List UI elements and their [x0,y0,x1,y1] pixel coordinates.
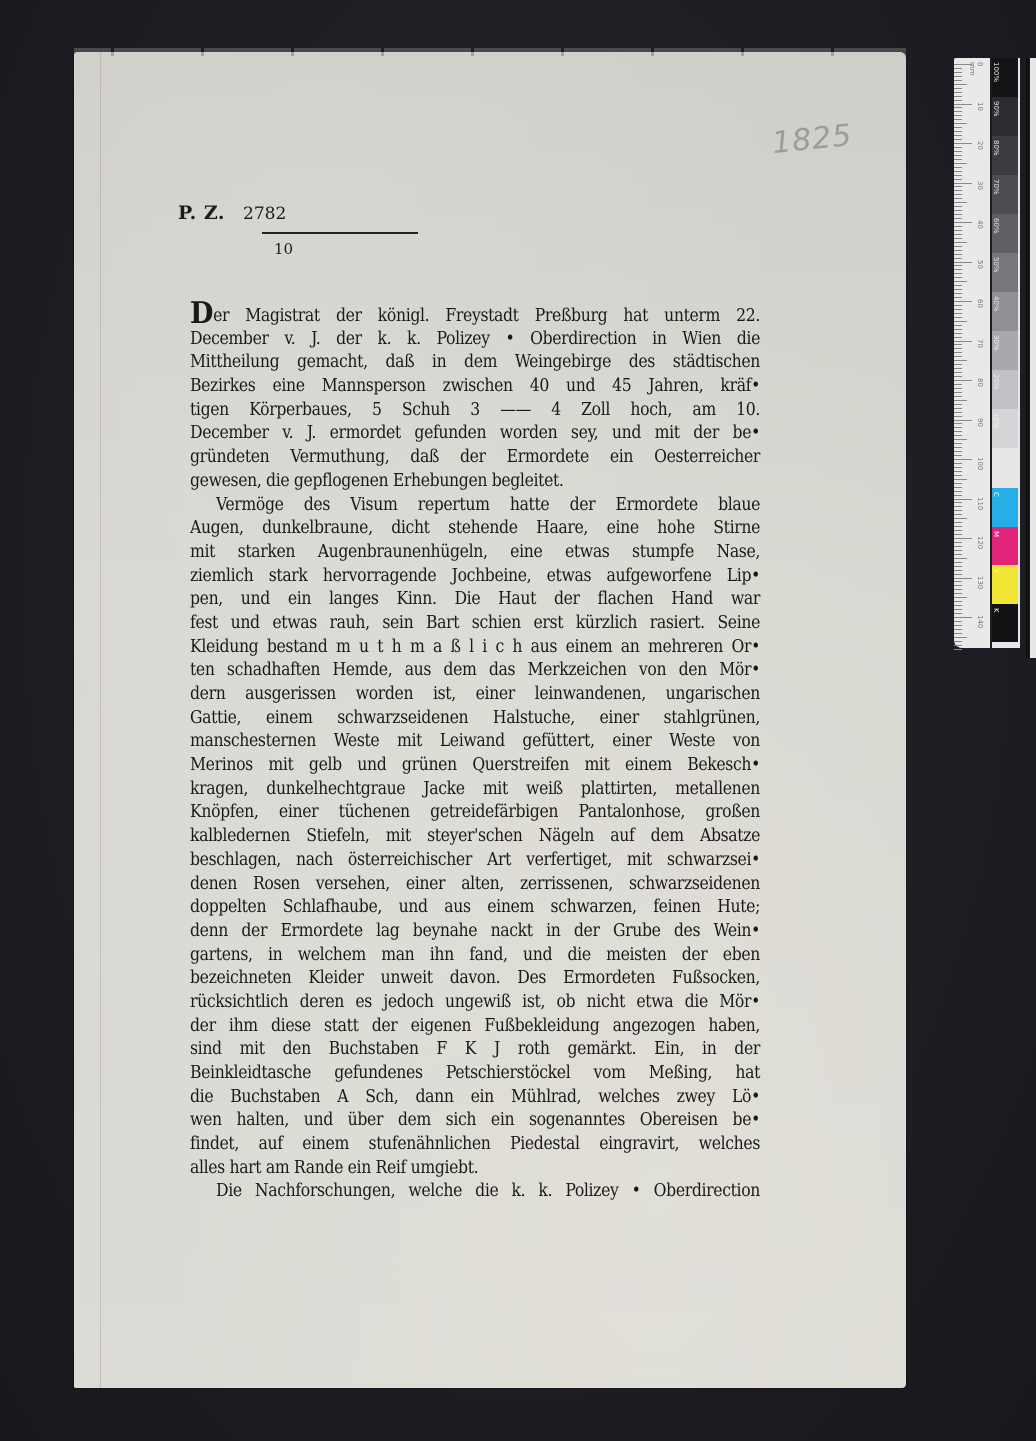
ruler-tick [954,585,962,586]
ruler-tick [954,574,962,575]
text-line-content: Mittheilung gemacht, daß in dem Weingebi… [190,352,760,372]
ruler-tick [954,100,962,101]
text-line: doppelten Schlafhaube, und aus einem sch… [190,896,760,920]
ruler-tick [954,633,962,634]
ruler-tick [954,518,967,519]
ruler-tick [954,155,962,156]
ruler-tick [954,234,962,235]
text-line: Gattie, einem schwarzseidenen Halstuche,… [190,707,760,731]
ruler-tick [954,625,962,626]
ruler-tick [954,218,962,219]
ruler-tick [954,317,962,318]
ruler-tick [954,242,967,243]
gray-patch: 30% [992,331,1018,370]
ruler-tick [954,514,962,515]
ruler-label: 100 [976,457,984,470]
gray-patch: 40% [992,292,1018,331]
ruler-tick [954,396,962,397]
gray-patch-label: 70% [992,179,1000,195]
ruler-tick [954,84,967,85]
ruler-tick [954,72,962,73]
ruler-label: 90 [976,418,984,427]
ruler-tick [954,277,962,278]
ruler-tick [954,463,962,464]
ruler-tick [954,372,962,373]
text-line: gartens, in welchem man ihn fand, und di… [190,944,760,968]
color-patch: M [992,527,1018,566]
ruler-label: 50 [976,260,984,269]
ruler-tick [954,589,962,590]
ruler-tick [954,206,962,207]
ruler-tick [954,139,962,140]
text-line-content: dern ausgerissen worden ist, einer leinw… [190,684,760,704]
text-line-content: die Buchstaben A Sch, dann ein Mühlrad, … [190,1087,760,1107]
ruler-tick [954,510,962,511]
color-calibration-target: 0 mm102030405060708090100110120130140 10… [948,58,1036,658]
ruler-tick [954,522,962,523]
gray-patch: 10% [992,409,1018,448]
ruler-tick [954,194,962,195]
ruler-tick [954,380,972,381]
text-line-content: gewesen, die gepflogenen Erhebungen begl… [190,471,564,491]
gray-patch-label: 20% [992,374,1000,390]
ruler-label: 20 [976,141,984,150]
gray-patch-label: 90% [992,101,1000,117]
ruler-tick [954,435,962,436]
ruler-label: 140 [976,615,984,628]
document-body-text: Der Magistrat der königl. Freystadt Preß… [190,304,760,1204]
text-line: pen, und ein langes Kinn. Die Haut der f… [190,588,760,612]
ruler-tick [954,202,967,203]
ruler-tick [954,131,962,132]
ruler-tick [954,293,962,294]
ruler-tick [954,309,962,310]
ruler-label: 10 [976,102,984,111]
ruler-tick [954,281,967,282]
text-line-content: Bezirkes eine Mannsperson zwischen 40 un… [190,376,760,396]
gray-patch: 90% [992,97,1018,136]
ruler-tick [954,566,962,567]
text-line: der ihm diese statt der eigenen Fußbekle… [190,1015,760,1039]
ruler-tick [954,431,962,432]
ruler-tick [954,376,962,377]
text-line-content: doppelten Schlafhaube, und aus einem sch… [190,897,760,917]
ruler-tick [954,629,962,630]
ruler-tick [954,530,962,531]
ruler-tick [954,621,962,622]
ruler-tick [954,344,962,345]
ruler-tick [954,546,962,547]
text-line: tigen Körperbaues, 5 Schuh 3 —— 4 Zoll h… [190,399,760,423]
reference-number-block: P. Z. 2782 10 [178,202,342,224]
ruler-tick [954,593,962,594]
ruler-tick [954,645,962,646]
ruler-tick [954,581,962,582]
ruler-tick [954,447,962,448]
text-line: findet, auf einem stufenähnlichen Piedes… [190,1133,760,1157]
text-line: sind mit den Buchstaben F K J roth gemär… [190,1038,760,1062]
ruler-tick [954,115,962,116]
ruler-tick [954,499,972,500]
text-line: alles hart am Rande ein Reif umgiebt. [190,1157,760,1181]
ruler-tick [954,459,972,460]
ruler-tick [954,526,962,527]
gray-patch: 20% [992,370,1018,409]
ruler-tick [954,471,962,472]
ruler-tick [954,384,962,385]
text-line: gründeten Vermuthung, daß der Ermordete … [190,446,760,470]
ruler-tick [954,534,962,535]
text-line: denen Rosen versehen, einer alten, zerri… [190,873,760,897]
ruler-tick [954,597,967,598]
ruler-tick [954,467,962,468]
text-line: Kleidung bestand m u t h m a ß l i c h a… [190,636,760,660]
text-line: kragen, dunkelhechtgraue Jacke mit weiß … [190,778,760,802]
reference-number: 2782 [243,204,286,224]
ruler-tick [954,238,962,239]
text-line: Die Nachforschungen, welche die k. k. Po… [190,1180,760,1204]
ruler-tick [954,68,962,69]
millimeter-ruler: 0 mm102030405060708090100110120130140 [954,58,990,648]
gray-patch-label: 30% [992,335,1000,351]
ruler-tick [954,502,962,503]
ruler-tick [954,649,962,650]
gray-patch: 70% [992,175,1018,214]
text-line-content: er Magistrat der königl. Freystadt Preßb… [213,306,760,326]
text-line-content: Gattie, einem schwarzseidenen Halstuche,… [190,708,760,728]
ruler-tick [954,368,962,369]
text-line: Merinos mit gelb und grünen Querstreifen… [190,754,760,778]
target-divider [1026,58,1029,658]
ruler-tick [954,416,962,417]
text-line: rücksichtlich deren es jedoch ungewiß is… [190,991,760,1015]
ruler-tick [954,360,967,361]
text-line-content: kragen, dunkelhechtgraue Jacke mit weiß … [190,779,760,799]
reference-denominator: 10 [274,240,293,258]
gray-patch-label: 80% [992,140,1000,156]
gray-patch-label: 10% [992,413,1000,429]
ruler-tick [954,404,962,405]
ruler-tick [954,613,962,614]
ruler-tick [954,135,962,136]
ruler-tick [954,104,972,105]
ruler-tick [954,96,962,97]
ruler-tick [954,412,962,413]
ruler-label: 70 [976,339,984,348]
text-line-content: pen, und ein langes Kinn. Die Haut der f… [190,589,760,609]
ruler-tick [954,175,962,176]
text-line: Bezirkes eine Mannsperson zwischen 40 un… [190,375,760,399]
text-line-content: alles hart am Rande ein Reif umgiebt. [190,1158,478,1178]
text-line: gewesen, die gepflogenen Erhebungen begl… [190,470,760,494]
text-line-content: findet, auf einem stufenähnlichen Piedes… [190,1134,760,1154]
gray-patch-label: 60% [992,218,1000,234]
text-line: Knöpfen, einer tüchenen getreidefärbigen… [190,801,760,825]
gray-patch: 100% [992,58,1018,97]
text-line-content: Beinkleidtasche gefundenes Petschierstöc… [190,1063,760,1083]
ruler-tick [954,329,962,330]
ruler-tick [954,190,962,191]
ruler-tick [954,183,972,184]
ruler-tick [954,554,962,555]
ruler-tick [954,392,962,393]
text-line: Augen, dunkelbraune, dicht stehende Haar… [190,517,760,541]
text-line-content: ziemlich stark hervorragende Jochbeine, … [190,566,760,586]
ruler-tick [954,439,967,440]
text-line-content: denn der Ermordete lag beynahe nackt in … [190,921,760,941]
text-line-content: beschlagen, nach österreichischer Art ve… [190,850,760,870]
ruler-tick [954,305,962,306]
ruler-tick [954,119,962,120]
text-line: fest und etwas rauh, sein Bart schien er… [190,612,760,636]
ruler-tick [954,246,962,247]
ruler-tick [954,609,962,610]
ruler-tick [954,558,967,559]
ruler-tick [954,265,962,266]
text-line-content: Vermöge des Visum repertum hatte der Erm… [216,495,760,515]
ruler-tick [954,506,962,507]
text-line: Mittheilung gemacht, daß in dem Weingebi… [190,351,760,375]
ruler-tick [954,542,962,543]
text-line-content: ten schadhaften Hemde, aus dem das Merkz… [190,660,760,680]
ruler-tick [954,578,972,579]
ruler-tick [954,400,967,401]
ruler-tick [954,641,962,642]
text-line-content: gartens, in welchem man ihn fand, und di… [190,945,760,965]
ruler-tick [954,254,962,255]
ruler-label: 80 [976,378,984,387]
color-patch-label: C [992,492,1000,497]
ruler-label: 60 [976,299,984,308]
ruler-tick [954,352,962,353]
ruler-tick [954,408,962,409]
ruler-tick [954,88,962,89]
gray-patch-label: 50% [992,257,1000,273]
text-line: Der Magistrat der königl. Freystadt Preß… [190,304,760,328]
reference-rule [262,232,418,234]
text-line-content: December v. J. der k. k. Polizey • Oberd… [190,329,760,349]
gray-patch: 50% [992,253,1018,292]
ruler-tick [954,570,962,571]
ruler-tick [954,550,962,551]
ruler-tick [954,250,962,251]
ruler-tick [954,364,962,365]
ruler-tick [954,423,962,424]
ruler-tick [954,127,962,128]
ruler-tick [954,562,962,563]
color-patch-column: 100%90%80%70%60%50%40%30%20%10%CMYK [992,58,1020,648]
ruler-tick [954,159,962,160]
ruler-tick [954,269,962,270]
ruler-tick [954,230,962,231]
ruler-tick [954,297,962,298]
ruler-tick [954,538,972,539]
text-line: ziemlich stark hervorragende Jochbeine, … [190,565,760,589]
ruler-tick [954,483,962,484]
text-line: December v. J. ermordet gefunden worden … [190,422,760,446]
text-line-content: kalbledernen Stiefeln, mit steyer'schen … [190,826,760,846]
ruler-tick [954,226,962,227]
text-line-content: Knöpfen, einer tüchenen getreidefärbigen… [190,802,760,822]
text-line-content: der ihm diese statt der eigenen Fußbekle… [190,1016,760,1036]
text-line-content: fest und etwas rauh, sein Bart schien er… [190,613,760,633]
text-line-content: sind mit den Buchstaben F K J roth gemär… [190,1039,760,1059]
text-line: ten schadhaften Hemde, aus dem das Merkz… [190,659,760,683]
gray-patch-label: 40% [992,296,1000,312]
ruler-tick [954,601,962,602]
ruler-tick [954,143,972,144]
color-patch-label: Y [992,569,1000,573]
reference-prefix: P. Z. [178,202,225,224]
text-line: dern ausgerissen worden ist, einer leinw… [190,683,760,707]
color-patch-label: K [992,608,1000,613]
ruler-tick [954,388,962,389]
ruler-label: 120 [976,536,984,549]
target-edge [1030,58,1036,658]
text-line-content: gründeten Vermuthung, daß der Ermordete … [190,447,760,467]
ruler-tick [954,171,962,172]
ruler-tick [954,356,962,357]
ruler-label: 30 [976,181,984,190]
ruler-tick [954,479,967,480]
text-line: bezeichneten Kleider unweit davon. Des E… [190,967,760,991]
ruler-tick [954,76,962,77]
ruler-tick [954,210,962,211]
ruler-tick [954,427,962,428]
ruler-tick [954,92,962,93]
text-line-content: bezeichneten Kleider unweit davon. Des E… [190,968,760,988]
text-line-content: tigen Körperbaues, 5 Schuh 3 —— 4 Zoll h… [190,400,760,420]
ruler-tick [954,273,962,274]
ruler-tick [954,617,972,618]
ruler-tick [954,301,972,302]
color-patch: C [992,488,1018,527]
ruler-tick [954,313,962,314]
ruler-label: 40 [976,220,984,229]
ruler-tick [954,147,962,148]
text-line: beschlagen, nach österreichischer Art ve… [190,849,760,873]
text-line: manschesternen Weste mit Leiwand gefütte… [190,730,760,754]
ruler-tick [954,262,972,263]
ruler-tick [954,348,962,349]
color-patch: K [992,604,1018,643]
ruler-tick [954,605,962,606]
text-line-content: rücksichtlich deren es jedoch ungewiß is… [190,992,760,1012]
ruler-tick [954,198,962,199]
text-line: mit starken Augenbraunenhügeln, eine etw… [190,541,760,565]
ruler-tick [954,80,962,81]
ruler-tick [954,214,962,215]
ruler-tick [954,451,962,452]
text-line: December v. J. der k. k. Polizey • Oberd… [190,328,760,352]
ruler-tick [954,179,962,180]
ruler-tick [954,443,962,444]
text-line-content: manschesternen Weste mit Leiwand gefütte… [190,731,760,751]
ruler-tick [954,495,962,496]
text-line: denn der Ermordete lag beynahe nackt in … [190,920,760,944]
ruler-tick [954,475,962,476]
ruler-tick [954,123,967,124]
text-line-content: mit starken Augenbraunenhügeln, eine etw… [190,542,760,562]
text-line: wen halten, und über dem sich ein sogena… [190,1109,760,1133]
text-line-content: denen Rosen versehen, einer alten, zerri… [190,874,760,894]
gray-patch: 60% [992,214,1018,253]
ruler-tick [954,455,962,456]
ruler-tick [954,167,962,168]
text-line-content: wen halten, und über dem sich ein sogena… [190,1110,760,1130]
gray-patch-label: 100% [992,62,1000,82]
drop-cap: D [190,296,213,331]
text-line-content: Merinos mit gelb und grünen Querstreifen… [190,755,760,775]
text-line-content: Die Nachforschungen, welche die k. k. Po… [216,1181,760,1201]
ruler-tick [954,111,962,112]
gray-patch: 80% [992,136,1018,175]
ruler-tick [954,258,962,259]
ruler-tick [954,491,962,492]
ruler-tick [954,333,962,334]
text-line-content: December v. J. ermordet gefunden worden … [190,423,760,443]
ruler-tick [954,186,962,187]
ruler-tick [954,637,967,638]
ruler-tick [954,487,962,488]
text-line-content: Kleidung bestand m u t h m a ß l i c h a… [190,637,760,657]
ruler-tick [954,222,972,223]
ruler-tick [954,325,962,326]
ruler-label: 0 mm [968,62,984,76]
ruler-tick [954,285,962,286]
text-line: Beinkleidtasche gefundenes Petschierstöc… [190,1062,760,1086]
ruler-tick [954,337,962,338]
ruler-tick [954,321,967,322]
color-patch-label: M [992,531,1000,537]
text-line: kalbledernen Stiefeln, mit steyer'schen … [190,825,760,849]
ruler-tick [954,420,972,421]
paper-fold-line [100,52,101,1388]
ruler-tick [954,163,967,164]
text-line: die Buchstaben A Sch, dann ein Mühlrad, … [190,1086,760,1110]
text-line-content: Augen, dunkelbraune, dicht stehende Haar… [190,518,760,538]
ruler-tick [954,289,962,290]
ruler-label: 130 [976,576,984,589]
ruler-tick [954,151,962,152]
ruler-tick [954,341,972,342]
color-patch: Y [992,565,1018,604]
ruler-tick [954,107,962,108]
ruler-label: 110 [976,497,984,510]
text-line: Vermöge des Visum repertum hatte der Erm… [190,494,760,518]
